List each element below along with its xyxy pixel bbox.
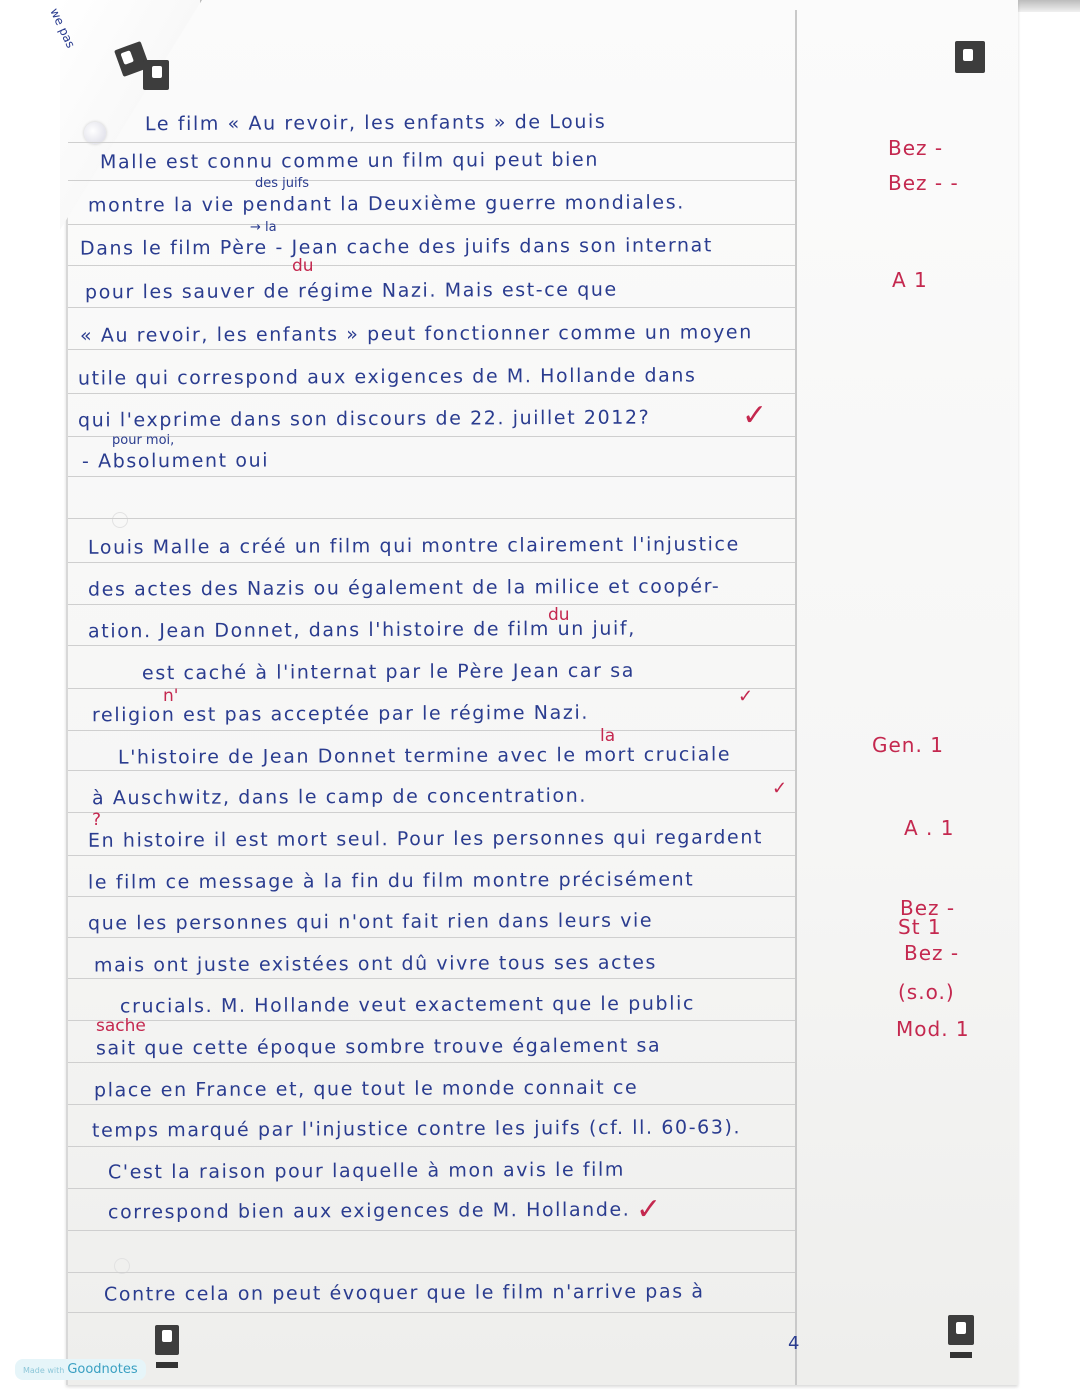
- text-line: le film ce message à la fin du film mont…: [88, 868, 694, 893]
- text-line: Louis Malle a créé un film qui montre cl…: [88, 533, 740, 558]
- margin-note: Bez -: [904, 941, 959, 965]
- check-mark: ✓: [772, 778, 787, 799]
- scan-marker-icon: [143, 60, 169, 90]
- margin-note: Mod. 1: [896, 1017, 970, 1041]
- text-line: des actes des Nazis ou également de la m…: [88, 575, 720, 600]
- text-line: sait que cette époque sombre trouve égal…: [96, 1035, 661, 1060]
- margin-note: Gen. 1: [872, 733, 944, 757]
- text-line: à Auschwitz, dans le camp de concentrati…: [92, 785, 587, 810]
- margin-note: A . 1: [904, 816, 954, 840]
- scan-marker-bar: [156, 1362, 178, 1368]
- text-line: correspond bien aux exigences de M. Holl…: [108, 1199, 630, 1224]
- text-line: temps marqué par l'injustice contre les …: [92, 1116, 741, 1141]
- text-line: C'est la raison pour laquelle à mon avis…: [108, 1159, 625, 1184]
- right-margin-rule: [795, 10, 797, 1385]
- text-line: utile qui correspond aux exigences de M.…: [78, 364, 697, 389]
- margin-note: Bez -: [888, 136, 943, 160]
- text-line: Contre cela on peut évoquer que le film …: [104, 1280, 705, 1305]
- text-line: En histoire il est mort seul. Pour les p…: [88, 826, 763, 852]
- margin-note: St 1: [898, 915, 942, 939]
- check-mark: ✓: [742, 398, 767, 433]
- scan-marker-icon: [155, 1325, 179, 1355]
- text-line: pour les sauver de régime Nazi. Mais est…: [85, 279, 618, 304]
- text-line: Le film « Au revoir, les enfants » de Lo…: [145, 111, 606, 135]
- scan-marker-icon: [955, 41, 985, 73]
- text-line: - Absolument oui: [82, 450, 269, 473]
- margin-note: A 1: [892, 268, 928, 292]
- correction: ?: [92, 810, 101, 830]
- text-line: Malle est connu comme un film qui peut b…: [100, 149, 599, 174]
- insertion: pour moi,: [112, 433, 174, 448]
- goodnotes-watermark: Made withGoodnotes: [15, 1359, 146, 1380]
- correction: la: [600, 726, 615, 746]
- correction: sache: [96, 1016, 146, 1036]
- watermark-brand: Goodnotes: [67, 1362, 137, 1377]
- text-line: crucials. M. Hollande veut exactement qu…: [120, 992, 695, 1017]
- text-line: place en France et, que tout le monde co…: [94, 1077, 638, 1102]
- text-line: mais ont juste existées ont dû vivre tou…: [94, 952, 657, 977]
- correction: du: [292, 256, 314, 276]
- text-line: que les personnes qui n'ont fait rien da…: [88, 910, 653, 935]
- watermark-prefix: Made with: [23, 1366, 64, 1375]
- check-mark: ✓: [636, 1192, 661, 1227]
- page-number: 4: [788, 1333, 799, 1354]
- text-line: montre la vie pendant la Deuxième guerre…: [88, 191, 685, 216]
- insertion: → la: [250, 220, 277, 235]
- text-line: Dans le film Père - Jean cache des juifs…: [80, 234, 713, 259]
- margin-note: Bez - -: [888, 171, 959, 195]
- insertion: des juifs: [255, 176, 309, 191]
- margin-note: (s.o.): [898, 980, 955, 1004]
- check-mark: ✓: [738, 686, 753, 707]
- text-line: ation. Jean Donnet, dans l'histoire de f…: [88, 618, 636, 643]
- scan-marker-bar: [950, 1352, 972, 1358]
- text-line: L'histoire de Jean Donnet termine avec l…: [118, 743, 731, 768]
- punch-hole: [112, 512, 128, 528]
- text-line: « Au revoir, les enfants » peut fonction…: [80, 321, 753, 347]
- scan-marker-icon: [948, 1315, 974, 1345]
- text-line: qui l'exprime dans son discours de 22. j…: [78, 407, 650, 432]
- binder-clip: [84, 122, 106, 144]
- text-line: religion est pas acceptée par le régime …: [92, 702, 589, 727]
- text-line: est caché à l'internat par le Père Jean …: [142, 660, 635, 685]
